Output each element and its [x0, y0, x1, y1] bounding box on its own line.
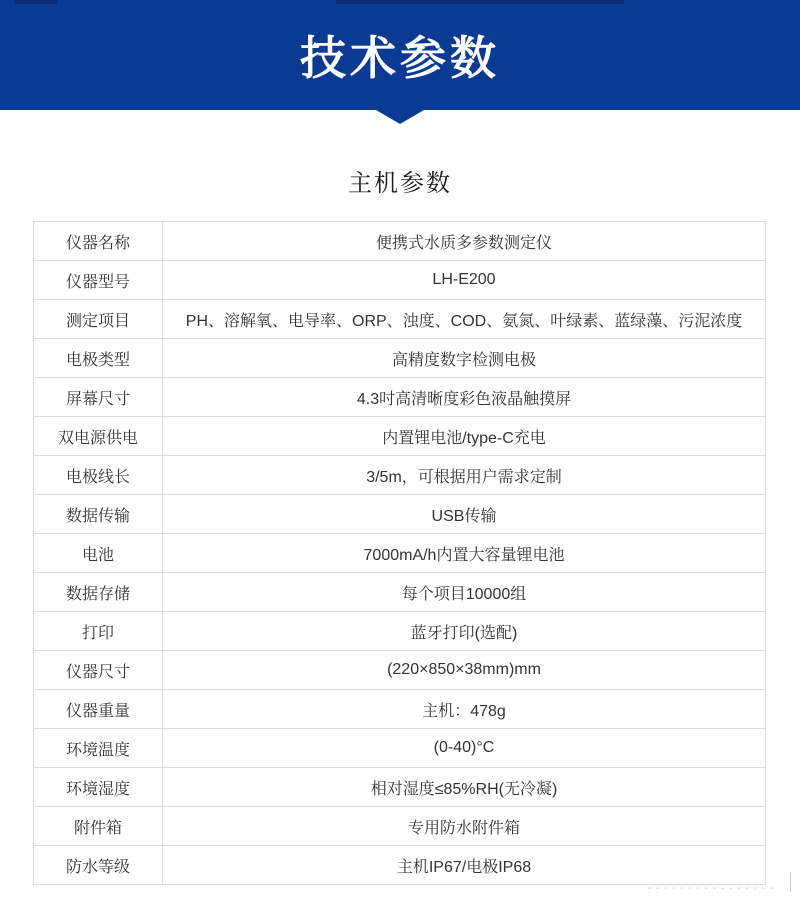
spec-label: 数据存储: [34, 573, 163, 612]
spec-value: 相对湿度≤85%RH(无冷凝): [163, 768, 766, 807]
spec-value: LH-E200: [163, 261, 766, 300]
page-title: 技术参数: [0, 0, 800, 110]
spec-label: 打印: [34, 612, 163, 651]
table-row: 双电源供电内置锂电池/type-C充电: [34, 417, 766, 456]
page: 技术参数 主机参数 仪器名称便携式水质多参数测定仪仪器型号LH-E200测定项目…: [0, 0, 800, 903]
table-row: 环境湿度相对湿度≤85%RH(无冷凝): [34, 768, 766, 807]
spec-label: 双电源供电: [34, 417, 163, 456]
spec-label: 环境湿度: [34, 768, 163, 807]
ribbon-notch: [376, 110, 424, 124]
spec-label: 测定项目: [34, 300, 163, 339]
table-row: 仪器尺寸(220×850×38mm)mm: [34, 651, 766, 690]
spec-value: 内置锂电池/type-C充电: [163, 417, 766, 456]
spec-label: 屏幕尺寸: [34, 378, 163, 417]
table-row: 仪器名称便携式水质多参数测定仪: [34, 222, 766, 261]
spec-value: 主机IP67/电极IP68: [163, 846, 766, 885]
watermark: - - - - - - - - - - - - - - - -: [648, 883, 798, 894]
spec-value: (220×850×38mm)mm: [163, 651, 766, 690]
spec-value: 每个项目10000组: [163, 573, 766, 612]
table-row: 仪器型号LH-E200: [34, 261, 766, 300]
table-row: 环境温度(0-40)°C: [34, 729, 766, 768]
spec-table: 仪器名称便携式水质多参数测定仪仪器型号LH-E200测定项目PH、溶解氧、电导率…: [33, 221, 766, 885]
spec-label: 电极线长: [34, 456, 163, 495]
table-row: 数据存储每个项目10000组: [34, 573, 766, 612]
watermark-tick: [790, 872, 791, 892]
spec-value: 蓝牙打印(选配): [163, 612, 766, 651]
table-row: 防水等级主机IP67/电极IP68: [34, 846, 766, 885]
section-heading: 主机参数: [0, 163, 800, 198]
spec-value: USB传输: [163, 495, 766, 534]
table-row: 仪器重量主机：478g: [34, 690, 766, 729]
spec-value: 7000mA/h内置大容量锂电池: [163, 534, 766, 573]
spec-label: 电极类型: [34, 339, 163, 378]
table-row: 测定项目PH、溶解氧、电导率、ORP、浊度、COD、氨氮、叶绿素、蓝绿藻、污泥浓…: [34, 300, 766, 339]
spec-value: 专用防水附件箱: [163, 807, 766, 846]
table-row: 电极类型高精度数字检测电极: [34, 339, 766, 378]
spec-label: 附件箱: [34, 807, 163, 846]
spec-value: 便携式水质多参数测定仪: [163, 222, 766, 261]
spec-value: 4.3吋高清晰度彩色液晶触摸屏: [163, 378, 766, 417]
header-band: 技术参数: [0, 0, 800, 110]
spec-label: 电池: [34, 534, 163, 573]
spec-value: 高精度数字检测电极: [163, 339, 766, 378]
spec-value: PH、溶解氧、电导率、ORP、浊度、COD、氨氮、叶绿素、蓝绿藻、污泥浓度: [163, 300, 766, 339]
table-row: 电池7000mA/h内置大容量锂电池: [34, 534, 766, 573]
spec-label: 数据传输: [34, 495, 163, 534]
spec-label: 仪器尺寸: [34, 651, 163, 690]
spec-value: (0-40)°C: [163, 729, 766, 768]
table-row: 打印蓝牙打印(选配): [34, 612, 766, 651]
table-row: 数据传输USB传输: [34, 495, 766, 534]
spec-label: 防水等级: [34, 846, 163, 885]
table-row: 附件箱专用防水附件箱: [34, 807, 766, 846]
spec-value: 主机：478g: [163, 690, 766, 729]
spec-label: 仪器名称: [34, 222, 163, 261]
spec-table-body: 仪器名称便携式水质多参数测定仪仪器型号LH-E200测定项目PH、溶解氧、电导率…: [34, 222, 766, 885]
spec-label: 仪器重量: [34, 690, 163, 729]
table-row: 屏幕尺寸4.3吋高清晰度彩色液晶触摸屏: [34, 378, 766, 417]
spec-value: 3/5m，可根据用户需求定制: [163, 456, 766, 495]
spec-label: 仪器型号: [34, 261, 163, 300]
spec-label: 环境温度: [34, 729, 163, 768]
table-row: 电极线长3/5m，可根据用户需求定制: [34, 456, 766, 495]
